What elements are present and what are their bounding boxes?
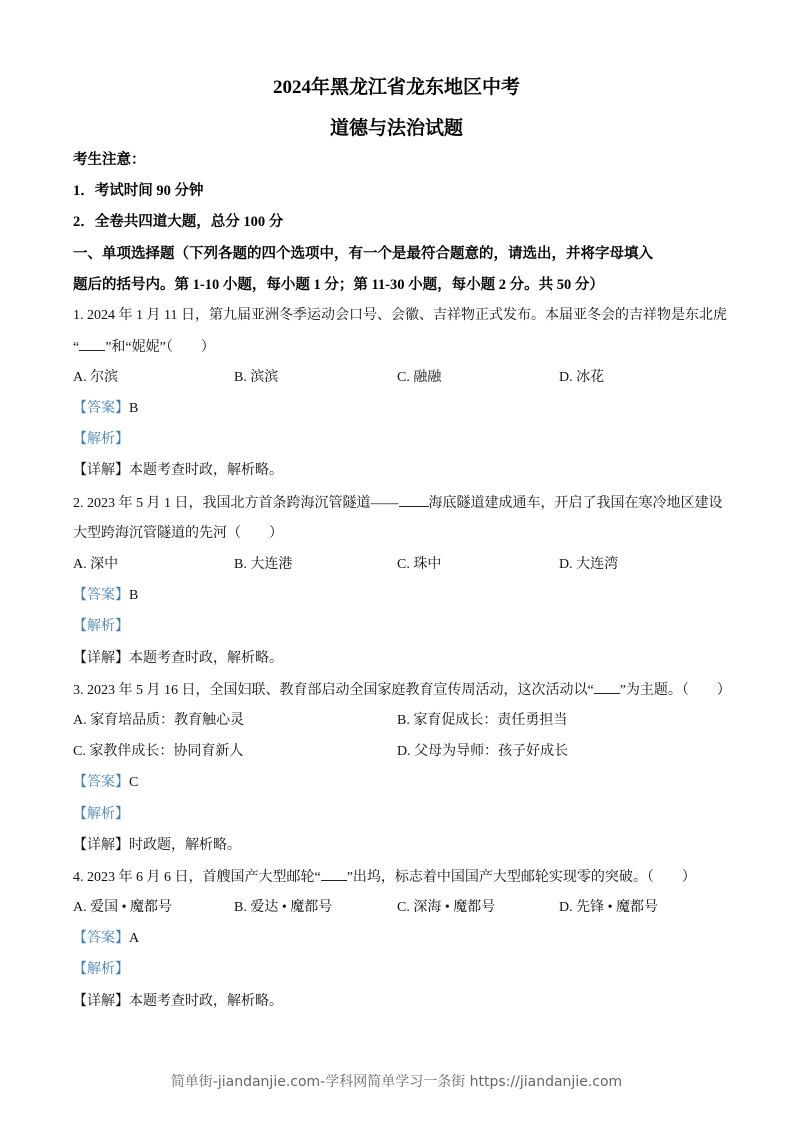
detail-label: 【详解】: [73, 994, 129, 1009]
analysis-label: 【解析】: [73, 807, 129, 822]
question-2-text: 2. 2023 年 5 月 1 日，我国北方首条跨海沉管隧道——海底隧道建成通车…: [73, 494, 723, 513]
q1-answer: 【答案】B: [73, 400, 138, 418]
question-1-text-line2: “”和“妮妮”（ ）: [73, 338, 215, 357]
question-4-text: 4. 2023 年 6 月 6 日，首艘国产大型邮轮“”出坞，标志着中国国产大型…: [73, 868, 696, 887]
q2-option-a: A. 深中: [73, 556, 118, 574]
answer-label: 【答案】: [73, 931, 129, 946]
q4-option-b: B. 爱达 • 魔都号: [234, 899, 332, 917]
q3-option-a: A. 家育培品质：教育触心灵: [73, 712, 244, 730]
q1-detail: 【详解】本题考查时政，解析略。: [73, 462, 283, 480]
q4-answer: 【答案】A: [73, 930, 139, 948]
question-2-text-line2: 大型跨海沉管隧道的先河（ ）: [73, 525, 283, 543]
q3-analysis: 【解析】: [73, 806, 129, 824]
q4-text-post: ”出坞，标志着中国国产大型邮轮实现零的突破。（ ）: [347, 870, 696, 885]
detail-text: 本题考查时政，解析略。: [129, 994, 283, 1009]
q3-detail: 【详解】时政题，解析略。: [73, 837, 241, 855]
q2-answer: 【答案】B: [73, 587, 138, 605]
footer-watermark: 简单街-jiandanjie.com-学科网简单学习一条街 https://ji…: [0, 1071, 793, 1091]
q2-detail: 【详解】本题考查时政，解析略。: [73, 650, 283, 668]
fill-blank: [399, 494, 429, 507]
section-heading-line2: 题后的括号内。第 1-10 小题，每小题 1 分；第 11-30 小题，每小题 …: [73, 276, 604, 294]
detail-label: 【详解】: [73, 651, 129, 666]
q2-option-b: B. 大连港: [234, 556, 292, 574]
fill-blank: [79, 338, 105, 351]
fill-blank: [321, 868, 347, 881]
detail-text: 本题考查时政，解析略。: [129, 463, 283, 478]
q4-option-c: C. 深海 • 魔都号: [397, 899, 495, 917]
section-heading-line1: 一、单项选择题（下列各题的四个选项中，有一个是最符合题意的，请选出，并将字母填入: [73, 245, 653, 263]
q3-option-d: D. 父母为导师：孩子好成长: [397, 743, 568, 761]
q2-analysis: 【解析】: [73, 618, 129, 636]
q3-answer: 【答案】C: [73, 774, 138, 792]
q4-text-pre: 4. 2023 年 6 月 6 日，首艘国产大型邮轮“: [73, 870, 321, 885]
fill-blank: [594, 681, 620, 694]
q4-detail: 【详解】本题考查时政，解析略。: [73, 993, 283, 1011]
answer-value: B: [129, 588, 138, 603]
q2-text-post: 海底隧道建成通车，开启了我国在寒冷地区建设: [429, 496, 723, 511]
detail-text: 本题考查时政，解析略。: [129, 651, 283, 666]
q2-option-c: C. 珠中: [397, 556, 441, 574]
q3-text-pre: 3. 2023 年 5 月 16 日，全国妇联、教育部启动全国家庭教育宣传周活动…: [73, 683, 594, 698]
question-3-text: 3. 2023 年 5 月 16 日，全国妇联、教育部启动全国家庭教育宣传周活动…: [73, 681, 731, 700]
q2-text-pre: 2. 2023 年 5 月 1 日，我国北方首条跨海沉管隧道——: [73, 496, 399, 511]
q3-text-post: ”为主题。（ ）: [620, 683, 731, 698]
answer-label: 【答案】: [73, 775, 129, 790]
analysis-label: 【解析】: [73, 432, 129, 447]
detail-text: 时政题，解析略。: [129, 838, 241, 853]
answer-value: B: [129, 401, 138, 416]
analysis-label: 【解析】: [73, 962, 129, 977]
q1-analysis: 【解析】: [73, 431, 129, 449]
q1-option-b: B. 滨滨: [234, 369, 278, 387]
answer-value: C: [129, 775, 138, 790]
q4-analysis: 【解析】: [73, 961, 129, 979]
quote-close: ”和“妮妮”（ ）: [105, 340, 215, 355]
q1-option-d: D. 冰花: [559, 369, 604, 387]
q4-option-a: A. 爱国 • 魔都号: [73, 899, 172, 917]
q1-option-c: C. 融融: [397, 369, 441, 387]
notice-heading: 考生注意：: [73, 151, 146, 169]
q4-option-d: D. 先锋 • 魔都号: [559, 899, 658, 917]
q1-option-a: A. 尔滨: [73, 369, 118, 387]
notice-item-2: 2．全卷共四道大题，总分 100 分: [73, 213, 283, 231]
question-1-text: 1. 2024 年 1 月 11 日，第九届亚洲冬季运动会口号、会徽、吉祥物正式…: [73, 307, 727, 325]
q3-option-c: C. 家教伴成长：协同育新人: [73, 743, 243, 761]
exam-title: 2024年黑龙江省龙东地区中考: [0, 72, 793, 99]
notice-item-1: 1．考试时间 90 分钟: [73, 182, 204, 200]
exam-page: 2024年黑龙江省龙东地区中考 道德与法治试题 考生注意： 1．考试时间 90 …: [0, 0, 793, 1122]
answer-value: A: [129, 931, 139, 946]
analysis-label: 【解析】: [73, 619, 129, 634]
q3-option-b: B. 家育促成长：责任勇担当: [397, 712, 567, 730]
q2-option-d: D. 大连湾: [559, 556, 618, 574]
answer-label: 【答案】: [73, 401, 129, 416]
detail-label: 【详解】: [73, 463, 129, 478]
exam-subtitle: 道德与法治试题: [0, 113, 793, 140]
answer-label: 【答案】: [73, 588, 129, 603]
detail-label: 【详解】: [73, 838, 129, 853]
